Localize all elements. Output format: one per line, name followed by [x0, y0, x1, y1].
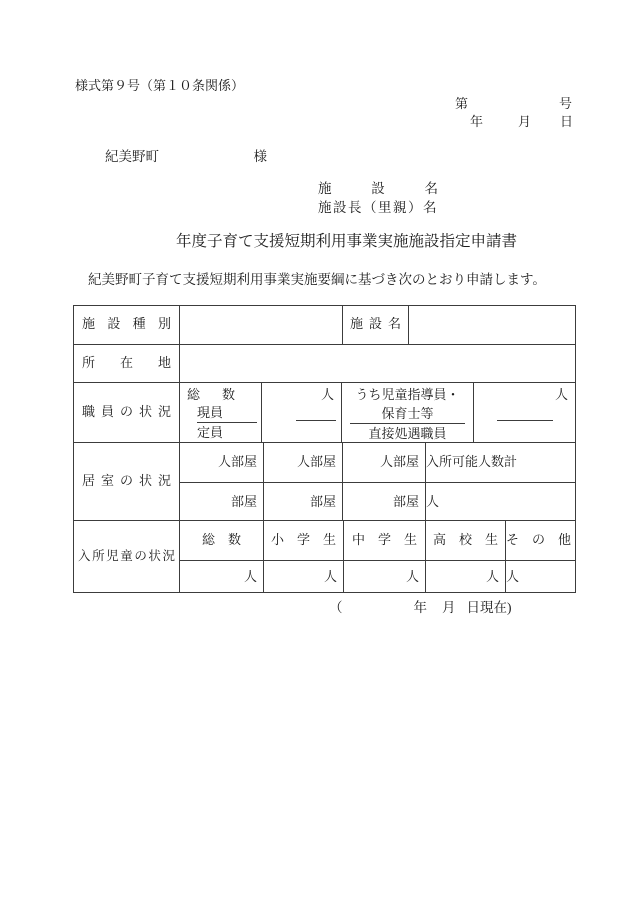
date-year-label: 年	[470, 114, 483, 130]
staff-detail-denominator: 直接処遇職員	[350, 424, 465, 443]
staff-capacity-label: 定員	[197, 423, 257, 442]
children-count-field-high-school[interactable]: 人	[425, 561, 505, 593]
as-of-open-paren: （	[329, 599, 343, 616]
intro-sentence: 紀美野町子育て支援短期利用事業実施要綱に基づき次のとおり申請します。	[88, 271, 546, 288]
facility-type-label: 施設種別	[74, 306, 179, 344]
table-row-address: 所在地	[74, 344, 575, 382]
staff-current-capacity-fraction: 現員 定員	[195, 403, 257, 442]
children-header-other: そ の 他	[505, 521, 571, 560]
doc-number-suffix: 号	[559, 96, 572, 112]
staff-detail-numerator: 保育士等	[350, 404, 465, 424]
facility-name-char: 設	[371, 180, 385, 197]
page-title: 年度子育て支援短期利用事業実施施設指定申請書	[176, 232, 517, 251]
children-header-junior-high: 中 学 生	[343, 521, 425, 560]
addressee-line: 紀美野町 様	[105, 148, 267, 165]
children-header-elementary: 小 学 生	[263, 521, 343, 560]
staff-detail-fraction: 保育士等 直接処遇職員	[350, 404, 465, 443]
as-of-month-label: 月	[442, 599, 456, 616]
room-count-field-2[interactable]: 部屋	[263, 483, 342, 521]
children-count-field-elementary[interactable]: 人	[263, 561, 343, 593]
address-label: 所在地	[74, 345, 179, 382]
facility-name-label: 施設名	[342, 306, 408, 344]
addressee-honorific: 様	[254, 148, 268, 165]
staff-detail-count-cell: 人	[473, 383, 575, 442]
as-of-day-label: 日現在)	[467, 599, 512, 616]
staff-detail-count-field[interactable]	[497, 420, 553, 421]
application-table: 施設種別 施設名 所在地 職員の状況 総 数 現員 定員 人 うち児童指導員・	[73, 305, 576, 593]
room-size-field-1[interactable]: 人部屋	[180, 443, 263, 482]
as-of-date-note: （ 年 月 日現在)	[329, 599, 512, 616]
children-value-subrow: 人 人 人 人 人	[180, 560, 575, 593]
staff-total-header: 総 数	[187, 386, 235, 403]
staff-total-char: 総	[187, 386, 200, 403]
table-row-children: 入所児童の状況 総 数 小 学 生 中 学 生 高 校 生 そ の 他 人 人 …	[74, 520, 575, 592]
facility-name-char: 施	[318, 180, 332, 197]
staff-detail-note: うち児童指導員・	[342, 385, 473, 404]
facility-type-field[interactable]	[179, 306, 342, 344]
doc-number-line: 第 号	[455, 96, 572, 112]
rooms-header-subrow: 人部屋 人部屋 人部屋 入所可能人数計	[180, 443, 575, 482]
rooms-value-subrow: 部屋 部屋 部屋 人	[180, 482, 575, 521]
addressee-name: 紀美野町	[105, 148, 159, 165]
rooms-row-label: 居室の状況	[74, 443, 179, 520]
facility-name-char: 名	[425, 180, 439, 197]
as-of-year-label: 年	[414, 599, 428, 616]
staff-detail-cell: うち児童指導員・ 保育士等 直接処遇職員	[341, 383, 473, 442]
room-count-field-1[interactable]: 部屋	[180, 483, 263, 521]
room-size-field-2[interactable]: 人部屋	[263, 443, 342, 482]
staff-total-char: 数	[222, 386, 235, 403]
date-day-label: 日	[560, 114, 573, 130]
form-number-label: 様式第９号（第１０条関係）	[75, 78, 244, 94]
children-grid: 総 数 小 学 生 中 学 生 高 校 生 そ の 他 人 人 人 人 人	[179, 521, 575, 592]
date-month-label: 月	[518, 114, 531, 130]
address-field[interactable]	[179, 345, 575, 382]
staff-total-cell: 総 数 現員 定員	[179, 383, 261, 442]
children-header-high-school: 高 校 生	[425, 521, 505, 560]
staff-row-label: 職員の状況	[74, 383, 179, 442]
room-count-field-3[interactable]: 部屋	[342, 483, 425, 521]
children-count-field-junior-high[interactable]: 人	[343, 561, 425, 593]
staff-current-label: 現員	[197, 403, 257, 423]
rooms-capacity-total-field[interactable]: 人	[425, 483, 445, 521]
children-row-label: 入所児童の状況	[74, 521, 179, 592]
table-row-staff: 職員の状況 総 数 現員 定員 人 うち児童指導員・ 保育士等 直接処遇職員 人	[74, 382, 575, 442]
facility-name-field[interactable]	[408, 306, 575, 344]
rooms-capacity-total-label: 入所可能人数計	[425, 443, 517, 482]
facility-head-label: 施設長（里親）名	[318, 199, 438, 216]
children-header-total: 総 数	[180, 521, 263, 560]
staff-total-count-cell: 人	[261, 383, 341, 442]
staff-total-count-field[interactable]	[296, 420, 336, 421]
children-count-field-total[interactable]: 人	[180, 561, 263, 593]
children-header-subrow: 総 数 小 学 生 中 学 生 高 校 生 そ の 他	[180, 521, 575, 560]
addressee-field[interactable]	[159, 148, 254, 165]
rooms-grid: 人部屋 人部屋 人部屋 入所可能人数計 部屋 部屋 部屋 人	[179, 443, 575, 520]
table-row-rooms: 居室の状況 人部屋 人部屋 人部屋 入所可能人数計 部屋 部屋 部屋 人	[74, 442, 575, 520]
staff-unit-label: 人	[262, 386, 341, 403]
staff-unit-label: 人	[474, 386, 575, 403]
doc-number-prefix: 第	[455, 96, 468, 112]
doc-number-field[interactable]	[468, 96, 559, 112]
table-row-facility: 施設種別 施設名	[74, 306, 575, 344]
date-line: 年 月 日	[470, 114, 573, 130]
children-count-field-other[interactable]: 人	[505, 561, 525, 593]
facility-name-line: 施 設 名	[318, 180, 438, 197]
room-size-field-3[interactable]: 人部屋	[342, 443, 425, 482]
